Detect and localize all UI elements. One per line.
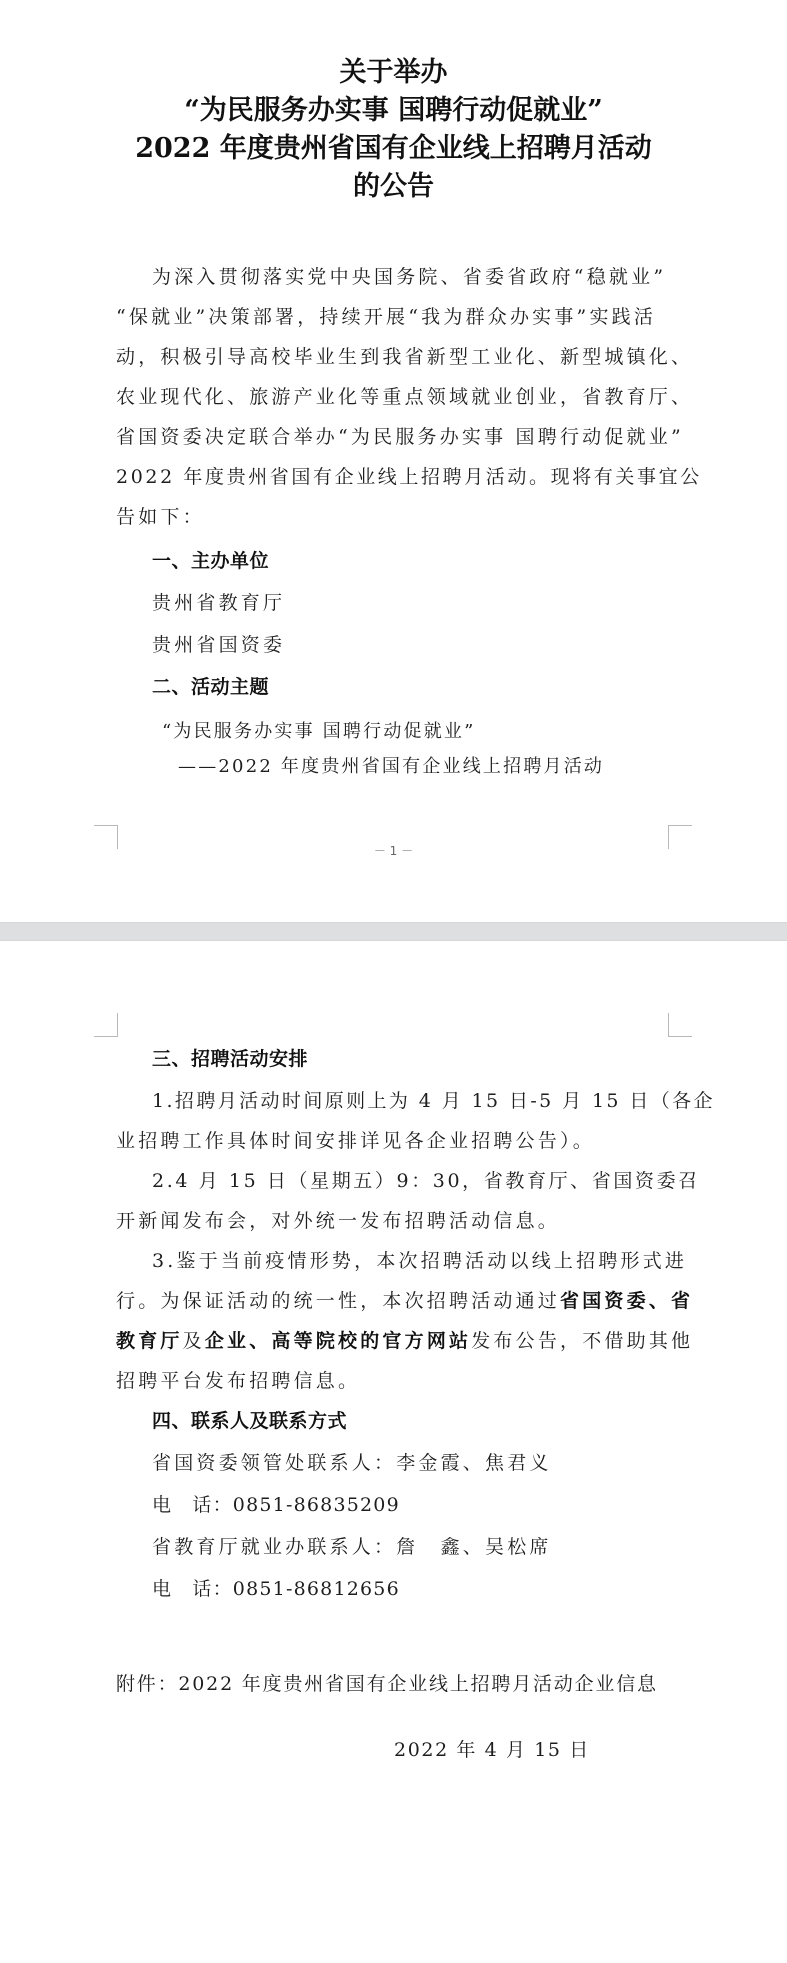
schedule-item-1-line-1: 1.招聘月活动时间原则上为 4 月 15 日-5 月 15 日（各企 bbox=[152, 1086, 715, 1113]
organizer-2: 贵州省国资委 bbox=[152, 630, 285, 657]
intro-line-6: 2022 年度贵州省国有企业线上招聘月活动。现将有关事宜公 bbox=[116, 462, 702, 489]
schedule-item-3-bold-text: 教育厅 bbox=[116, 1330, 183, 1352]
schedule-item-3-line-2: 行。为保证活动的统一性，本次招聘活动通过省国资委、省 bbox=[116, 1286, 693, 1313]
schedule-item-2-line-1: 2.4 月 15 日（星期五）9：30，省教育厅、省国资委召 bbox=[152, 1166, 700, 1193]
theme-line-1: “为民服务办实事 国聘行动促就业” bbox=[162, 717, 476, 743]
schedule-item-3-bold-text: 企业、高等院校的官方网站 bbox=[205, 1330, 471, 1352]
title-line-1: 关于举办 bbox=[0, 50, 787, 89]
document-page-1: 关于举办 “为民服务办实事 国聘行动促就业” 2022 年度贵州省国有企业线上招… bbox=[0, 0, 787, 922]
page-corner-mark-top-left bbox=[94, 1013, 118, 1037]
page-corner-mark-top-right bbox=[668, 1013, 692, 1037]
title-line-2: “为民服务办实事 国聘行动促就业” bbox=[0, 88, 787, 127]
intro-line-7: 告如下： bbox=[116, 502, 205, 529]
contact-phone-2: 电 话：0851-86812656 bbox=[152, 1574, 400, 1601]
organizer-1: 贵州省教育厅 bbox=[152, 588, 285, 615]
title-line-4: 的公告 bbox=[0, 164, 787, 203]
schedule-item-2-line-2: 开新闻发布会，对外统一发布招聘活动信息。 bbox=[116, 1206, 560, 1233]
schedule-item-3-text: 发布公告，不借助其他 bbox=[471, 1330, 693, 1352]
section-1-heading: 一、主办单位 bbox=[152, 546, 269, 573]
schedule-item-3-text: 行。为保证活动的统一性，本次招聘活动通过 bbox=[116, 1290, 560, 1312]
contact-line-1: 省国资委领管处联系人：李金霞、焦君义 bbox=[152, 1448, 552, 1475]
contact-line-2: 省教育厅就业办联系人：詹 鑫、吴松席 bbox=[152, 1532, 552, 1559]
schedule-item-3-line-3: 教育厅及企业、高等院校的官方网站发布公告，不借助其他 bbox=[116, 1326, 693, 1353]
theme-line-2: ——2022 年度贵州省国有企业线上招聘月活动 bbox=[178, 752, 604, 778]
document-page-2: 三、招聘活动安排 1.招聘月活动时间原则上为 4 月 15 日-5 月 15 日… bbox=[0, 941, 787, 1963]
contact-phone-1: 电 话：0851-86835209 bbox=[152, 1490, 400, 1517]
page-number: － 1 － bbox=[0, 842, 787, 859]
intro-line-5: 省国资委决定联合举办“为民服务办实事 国聘行动促就业” bbox=[116, 422, 684, 449]
intro-line-3: 动，积极引导高校毕业生到我省新型工业化、新型城镇化、 bbox=[116, 342, 693, 369]
schedule-item-3-line-4: 招聘平台发布招聘信息。 bbox=[116, 1366, 360, 1393]
section-2-heading: 二、活动主题 bbox=[152, 672, 269, 699]
schedule-item-3-bold-text: 省国资委、省 bbox=[560, 1290, 693, 1312]
attachment-note: 附件：2022 年度贵州省国有企业线上招聘月活动企业信息 bbox=[116, 1669, 658, 1696]
section-4-heading: 四、联系人及联系方式 bbox=[152, 1406, 347, 1433]
schedule-item-3-line-1: 3.鉴于当前疫情形势，本次招聘活动以线上招聘形式进 bbox=[152, 1246, 687, 1273]
title-line-3: 2022 年度贵州省国有企业线上招聘月活动 bbox=[0, 126, 787, 165]
intro-line-4: 农业现代化、旅游产业化等重点领域就业创业，省教育厅、 bbox=[116, 382, 693, 409]
document-date: 2022 年 4 月 15 日 bbox=[394, 1735, 590, 1762]
schedule-item-3-text: 及 bbox=[183, 1330, 205, 1352]
intro-line-1: 为深入贯彻落实党中央国务院、省委省政府“稳就业” bbox=[152, 262, 666, 289]
intro-line-2: “保就业”决策部署，持续开展“我为群众办实事”实践活 bbox=[116, 302, 656, 329]
schedule-item-1-line-2: 业招聘工作具体时间安排详见各企业招聘公告）。 bbox=[116, 1126, 595, 1153]
section-3-heading: 三、招聘活动安排 bbox=[152, 1044, 308, 1071]
page-separator bbox=[0, 922, 787, 941]
